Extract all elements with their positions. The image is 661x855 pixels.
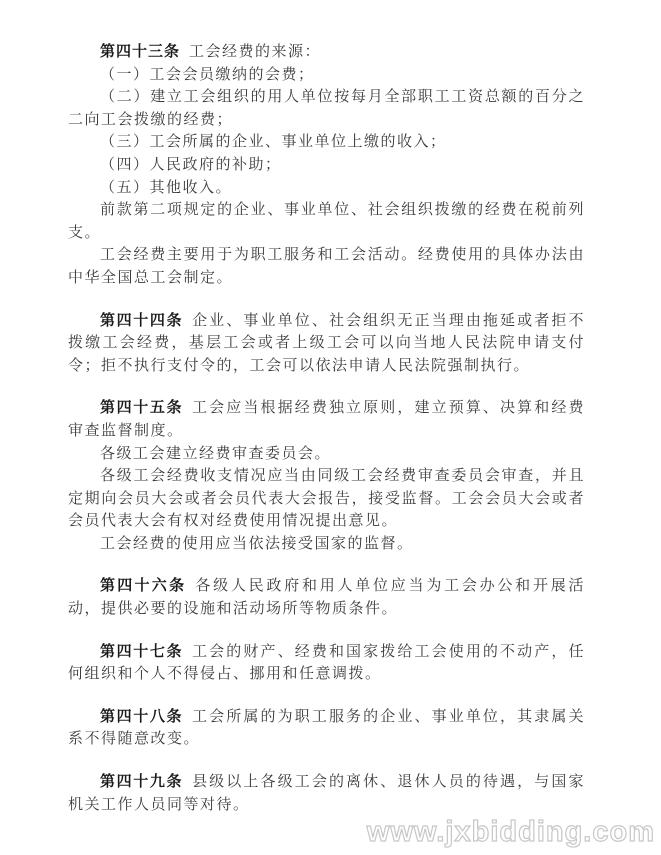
article-48: 第四十八条工会所属的为职工服务的企业、事业单位，其隶属关系不得随意改变。	[68, 706, 585, 751]
article-number: 第四十四条	[100, 312, 183, 329]
article-44: 第四十四条企业、事业单位、社会组织无正当理由拖延或者拒不拨缴工会经费，基层工会或…	[68, 310, 585, 378]
article-number: 第四十三条	[100, 43, 180, 60]
article-lead-paragraph: 第四十三条工会经费的来源：	[68, 41, 585, 64]
article-lead-paragraph: 第四十七条工会的财产、经费和国家拨给工会使用的不动产，任何组织和个人不得侵占、挪…	[68, 641, 585, 686]
paragraph: 前款第二项规定的企业、事业单位、社会组织拨缴的经费在税前列支。	[68, 199, 585, 244]
article-lead-paragraph: 第四十八条工会所属的为职工服务的企业、事业单位，其隶属关系不得随意改变。	[68, 706, 585, 751]
paragraph: 工会经费主要用于为职工服务和工会活动。经费使用的具体办法由中华全国总工会制定。	[68, 244, 585, 289]
article-number: 第四十八条	[100, 708, 183, 725]
article-46: 第四十六条各级人民政府和用人单位应当为工会办公和开展活动，提供必要的设施和活动场…	[68, 575, 585, 620]
article-number: 第四十六条	[100, 577, 186, 594]
article-number: 第四十五条	[100, 399, 183, 416]
article-lead-paragraph: 第四十四条企业、事业单位、社会组织无正当理由拖延或者拒不拨缴工会经费，基层工会或…	[68, 310, 585, 378]
site-watermark: www.jxbidding.com	[367, 816, 655, 849]
article-lead-paragraph: 第四十五条工会应当根据经费独立原则，建立预算、决算和经费审查监督制度。	[68, 397, 585, 442]
article-47: 第四十七条工会的财产、经费和国家拨给工会使用的不动产，任何组织和个人不得侵占、挪…	[68, 641, 585, 686]
paragraph: （一）工会会员缴纳的会费；	[68, 64, 585, 87]
paragraph: 各级工会建立经费审查委员会。	[68, 443, 585, 466]
article-49: 第四十九条县级以上各级工会的离休、退休人员的待遇，与国家机关工作人员同等对待。	[68, 771, 585, 816]
article-43: 第四十三条工会经费的来源： （一）工会会员缴纳的会费； （二）建立工会组织的用人…	[68, 41, 585, 290]
document-body: 第四十三条工会经费的来源： （一）工会会员缴纳的会费； （二）建立工会组织的用人…	[68, 41, 585, 816]
paragraph: （五）其他收入。	[68, 177, 585, 200]
paragraph: （三）工会所属的企业、事业单位上缴的收入；	[68, 131, 585, 154]
paragraph: （四）人民政府的补助；	[68, 154, 585, 177]
article-number: 第四十七条	[100, 643, 183, 660]
article-lead-text: 工会经费的来源：	[189, 43, 321, 60]
article-lead-paragraph: 第四十六条各级人民政府和用人单位应当为工会办公和开展活动，提供必要的设施和活动场…	[68, 575, 585, 620]
paragraph: 各级工会经费收支情况应当由同级工会经费审查委员会审查，并且定期向会员大会或者会员…	[68, 465, 585, 533]
article-45: 第四十五条工会应当根据经费独立原则，建立预算、决算和经费审查监督制度。 各级工会…	[68, 397, 585, 555]
paragraph: （二）建立工会组织的用人单位按每月全部职工工资总额的百分之二向工会拨缴的经费；	[68, 86, 585, 131]
article-number: 第四十九条	[100, 773, 183, 790]
paragraph: 工会经费的使用应当依法接受国家的监督。	[68, 533, 585, 556]
document-page: 第四十三条工会经费的来源： （一）工会会员缴纳的会费； （二）建立工会组织的用人…	[0, 0, 661, 855]
article-lead-paragraph: 第四十九条县级以上各级工会的离休、退休人员的待遇，与国家机关工作人员同等对待。	[68, 771, 585, 816]
